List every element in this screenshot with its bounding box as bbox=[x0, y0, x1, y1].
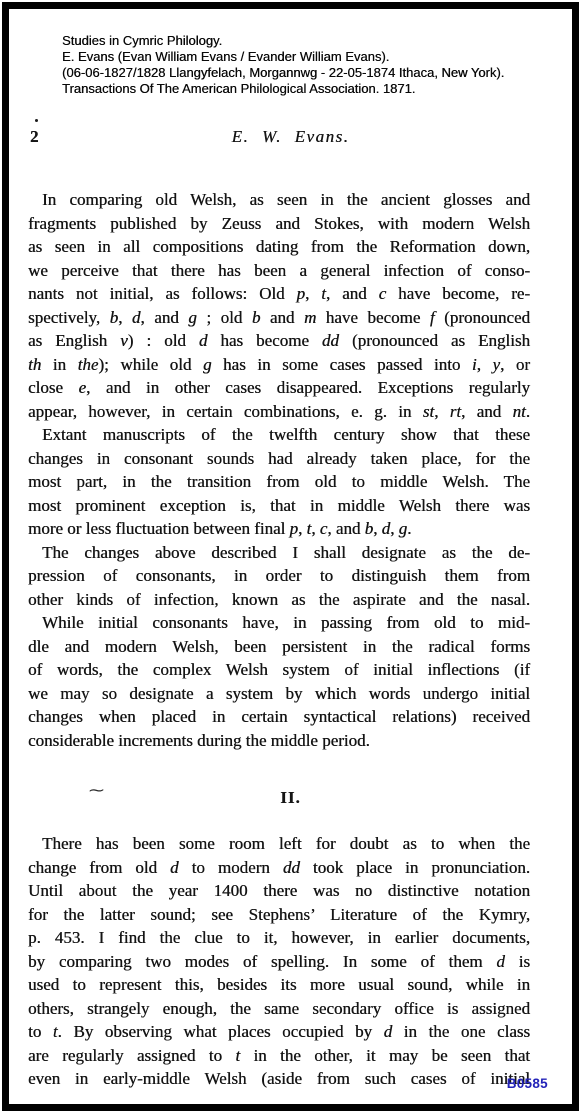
scan-artifact-dot bbox=[35, 119, 38, 122]
text-line: close e, and in other cases disappeared.… bbox=[28, 376, 530, 400]
paragraph: While initial consonants have, in passin… bbox=[28, 611, 530, 752]
text-line: considerable increments during the middl… bbox=[28, 729, 530, 753]
text-line: for the latter sound; see Stephens’ Lite… bbox=[28, 903, 530, 927]
text-line: even in early-middle Welsh (aside from s… bbox=[28, 1067, 530, 1091]
text-line: There has been some room left for doubt … bbox=[28, 832, 530, 856]
section-heading: II. bbox=[280, 788, 300, 808]
text-line: most prominent exception is, that in mid… bbox=[28, 494, 530, 518]
text-line: changes when placed in certain syntactic… bbox=[28, 705, 530, 729]
text-line: In comparing old Welsh, as seen in the a… bbox=[28, 188, 530, 212]
annotation-line: E. Evans (Evan William Evans / Evander W… bbox=[62, 49, 562, 65]
text-line: used to represent this, besides its more… bbox=[28, 973, 530, 997]
paragraph: Extant manuscripts of the twelfth centur… bbox=[28, 423, 530, 541]
paragraph: There has been some room left for doubt … bbox=[28, 832, 530, 1091]
paragraph: In comparing old Welsh, as seen in the a… bbox=[28, 188, 530, 423]
text-line: we may so designate a system by which wo… bbox=[28, 682, 530, 706]
text-line: fragments published by Zeuss and Stokes,… bbox=[28, 212, 530, 236]
page-frame: Studies in Cymric Philology.E. Evans (Ev… bbox=[2, 2, 579, 1111]
paragraph: The changes above described I shall desi… bbox=[28, 541, 530, 612]
text-line: p. 453. I find the clue to it, however, … bbox=[28, 926, 530, 950]
text-line: most part, in the transition from old to… bbox=[28, 470, 530, 494]
text-line: nants not initial, as follows: Old p, t,… bbox=[28, 282, 530, 306]
text-line: others, strangely enough, the same secon… bbox=[28, 997, 530, 1021]
body-text-section-2: There has been some room left for doubt … bbox=[28, 832, 530, 1091]
page-header: 2 E. W. Evans. bbox=[9, 127, 572, 149]
watermark-code: B0585 bbox=[507, 1076, 548, 1091]
annotation-block: Studies in Cymric Philology.E. Evans (Ev… bbox=[62, 33, 562, 97]
text-line: to t. By observing what places occupied … bbox=[28, 1020, 530, 1044]
text-line: as English v) : old d has become dd (pro… bbox=[28, 329, 530, 353]
text-line: dle and modern Welsh, been persistent in… bbox=[28, 635, 530, 659]
text-line: more or less fluctuation between final p… bbox=[28, 517, 530, 541]
text-line: The changes above described I shall desi… bbox=[28, 541, 530, 565]
section-heading-row: ⁓ II. bbox=[9, 788, 572, 812]
text-line: Until about the year 1400 there was no d… bbox=[28, 879, 530, 903]
text-line: change from old d to modern dd took plac… bbox=[28, 856, 530, 880]
text-line: of words, the complex Welsh system of in… bbox=[28, 658, 530, 682]
body-text-section-1: In comparing old Welsh, as seen in the a… bbox=[28, 188, 530, 752]
text-line: changes in consonant sounds had already … bbox=[28, 447, 530, 471]
running-head: E. W. Evans. bbox=[232, 127, 350, 146]
text-line: Extant manuscripts of the twelfth centur… bbox=[28, 423, 530, 447]
text-line: by comparing two modes of spelling. In s… bbox=[28, 950, 530, 974]
annotation-line: Transactions Of The American Philologica… bbox=[62, 81, 562, 97]
text-line: While initial consonants have, in passin… bbox=[28, 611, 530, 635]
annotation-line: Studies in Cymric Philology. bbox=[62, 33, 562, 49]
text-line: spectively, b, d, and g ; old b and m ha… bbox=[28, 306, 530, 330]
text-line: th in the); while old g has in some case… bbox=[28, 353, 530, 377]
text-line: other kinds of infection, known as the a… bbox=[28, 588, 530, 612]
page-number: 2 bbox=[30, 127, 39, 147]
annotation-line: (06-06-1827/1828 Llangyfelach, Morgannwg… bbox=[62, 65, 562, 81]
scan-artifact-squiggle: ⁓ bbox=[89, 781, 104, 799]
text-line: pression of consonants, in order to dist… bbox=[28, 564, 530, 588]
text-line: we perceive that there has been a genera… bbox=[28, 259, 530, 283]
text-line: are regularly assigned to t in the other… bbox=[28, 1044, 530, 1068]
text-line: as seen in all compositions dating from … bbox=[28, 235, 530, 259]
text-line: appear, however, in certain combinations… bbox=[28, 400, 530, 424]
